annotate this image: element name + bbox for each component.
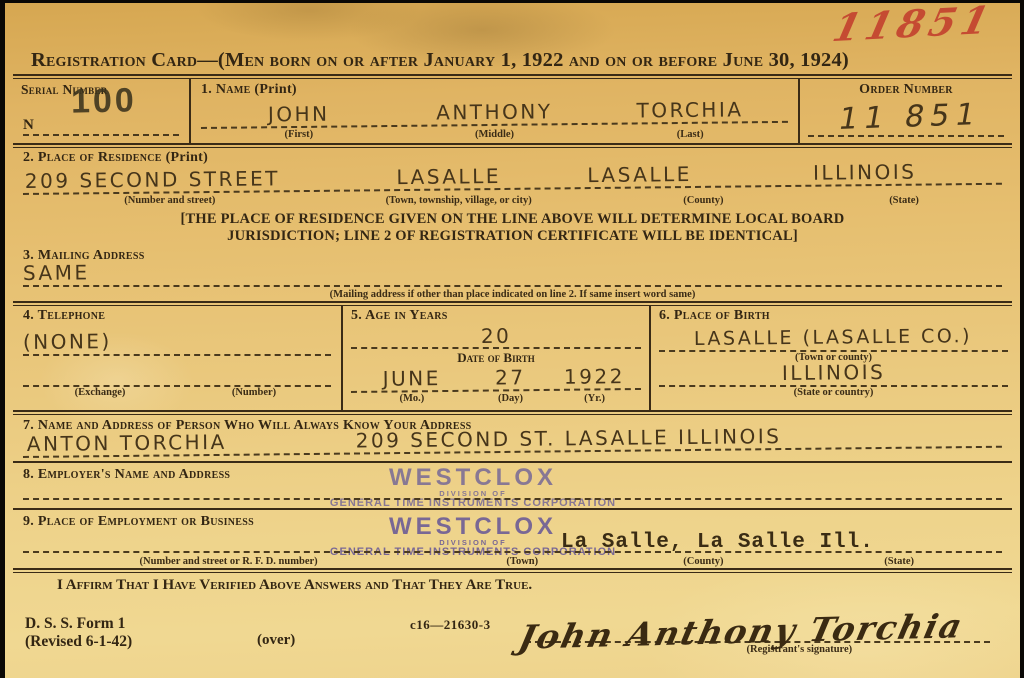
date-of-birth-line: JUNE 27 1922 — [351, 363, 641, 393]
red-handwritten-number: 11851 — [828, 3, 998, 50]
mailing-address-line: SAME — [23, 261, 1002, 287]
telephone-value: (NONE) — [23, 329, 112, 354]
row-serial-name-order: Serial Number 100 N 1. Name (Print) JOHN… — [13, 79, 1012, 143]
birth-town-line: LASALLE (LASALLE CO.) — [659, 324, 1008, 352]
card-title: Registration Card—(Men born on or after … — [31, 49, 996, 72]
signature-line: John Anthony Torchia — [525, 599, 990, 643]
row-place-of-employment: 9. Place of Employment or Business WESTC… — [13, 510, 1012, 568]
mailing-address-sublabel: (Mailing address if other than place ind… — [13, 289, 1012, 300]
dob-year-value: 1922 — [548, 364, 641, 389]
county-sublabel: (County) — [601, 195, 807, 206]
telephone-label: 4. Telephone — [23, 308, 331, 324]
registration-card: 11851 Registration Card—(Men born on or … — [5, 3, 1020, 678]
number-sublabel: (Number) — [177, 387, 331, 398]
residence-sublabels: (Number and street) (Town, township, vil… — [23, 195, 1002, 206]
residence-state-value: ILLINOIS — [728, 159, 1002, 186]
last-sublabel: (Last) — [592, 129, 788, 140]
dob-day-value: 27 — [473, 365, 549, 390]
state-sublabel: (State) — [806, 195, 1002, 206]
employment-sublabels: (Number and street or R. F. D. number) (… — [23, 556, 1002, 567]
place-of-birth-box: 6. Place of Birth LASALLE (LASALLE CO.) … — [651, 306, 1012, 410]
name-value-line: JOHN ANTHONY TORCHIA — [201, 90, 788, 129]
residence-county-value: LASALLE — [551, 162, 727, 188]
birth-state-sublabel: (State or country) — [659, 387, 1008, 398]
middle-sublabel: (Middle) — [397, 129, 593, 140]
serial-number-box: Serial Number 100 N — [13, 79, 191, 143]
order-number-label: Order Number — [800, 79, 1012, 98]
stamp-company-name: WESTCLOX — [303, 465, 643, 490]
row-telephone-age-birth: 4. Telephone (NONE) (Exchange) (Number) … — [13, 306, 1012, 410]
month-sublabel: (Mo.) — [351, 393, 473, 404]
telephone-box: 4. Telephone (NONE) (Exchange) (Number) — [13, 306, 343, 410]
residence-label-suffix: (Print) — [166, 150, 209, 165]
form-revision: (Revised 6-1-42) — [25, 633, 132, 651]
order-number-box: Order Number 11 851 — [800, 79, 1012, 143]
town-sublabel: (Town, township, village, or city) — [317, 195, 601, 206]
westclox-stamp: WESTCLOX DIVISION OF GENERAL TIME INSTRU… — [303, 465, 643, 510]
name-box: 1. Name (Print) JOHN ANTHONY TORCHIA (Fi… — [191, 79, 800, 143]
age-value: 20 — [481, 324, 512, 348]
age-label: 5. Age in Years — [351, 308, 641, 324]
scanned-document: 11851 Registration Card—(Men born on or … — [0, 0, 1024, 678]
residence-label-main: 2. Place of Residence — [23, 150, 162, 165]
employer-line — [23, 498, 1002, 500]
age-box: 5. Age in Years 20 Date of Birth JUNE 27… — [343, 306, 651, 410]
name-sublabels: (First) (Middle) (Last) — [201, 129, 788, 140]
employment-typed-value: La Salle, La Salle Ill. — [561, 531, 874, 554]
age-value-line: 20 — [351, 324, 641, 349]
order-number-line: 11 851 — [808, 103, 1004, 137]
residence-street-value: 209 SECOND STREET — [23, 166, 346, 193]
form-number: D. S. S. Form 1 — [25, 615, 132, 633]
name-last-value: TORCHIA — [592, 97, 788, 123]
signature-block: John Anthony Torchia (Registrant's signa… — [525, 599, 990, 655]
telephone-value-line: (NONE) — [23, 324, 331, 356]
affirmation-statement: I Affirm That I Have Verified Above Answ… — [5, 573, 1020, 599]
row-employer: 8. Employer's Name and Address WESTCLOX … — [13, 463, 1012, 510]
form-identifier: D. S. S. Form 1 (Revised 6-1-42) — [25, 615, 132, 651]
residence-town-value: LASALLE — [346, 163, 552, 189]
order-number-value: 11 851 — [808, 96, 1012, 138]
first-sublabel: (First) — [201, 129, 397, 140]
rfd-sublabel: (Number and street or R. F. D. number) — [23, 556, 434, 567]
birth-state-line: ILLINOIS — [659, 363, 1008, 387]
exchange-sublabel: (Exchange) — [23, 387, 177, 398]
card-footer: D. S. S. Form 1 (Revised 6-1-42) (over) … — [5, 599, 1020, 673]
birth-town-value: LASALLE (LASALLE CO.) — [694, 325, 972, 350]
emp-county-sublabel: (County) — [610, 556, 796, 567]
birth-state-value: ILLINOIS — [782, 360, 886, 385]
dob-month-value: JUNE — [351, 366, 473, 391]
serial-number-line: N — [23, 114, 179, 136]
notice-line-1: [THE PLACE OF RESIDENCE GIVEN ON THE LIN… — [5, 211, 1020, 228]
jurisdiction-notice: [THE PLACE OF RESIDENCE GIVEN ON THE LIN… — [5, 211, 1020, 245]
row-mailing-address: 3. Mailing Address SAME (Mailing address… — [13, 245, 1012, 301]
street-sublabel: (Number and street) — [23, 195, 317, 206]
print-code: c16—21630-3 — [410, 617, 491, 633]
emp-town-sublabel: (Town) — [434, 556, 610, 567]
dob-sublabels: (Mo.) (Day) (Yr.) — [351, 393, 641, 404]
day-sublabel: (Day) — [473, 393, 548, 404]
mailing-address-value: SAME — [23, 260, 90, 285]
name-first-value: JOHN — [201, 101, 397, 127]
emp-state-sublabel: (State) — [796, 556, 1002, 567]
place-of-birth-label: 6. Place of Birth — [659, 308, 1008, 324]
row-place-of-residence: 2. Place of Residence (Print) 209 SECOND… — [13, 148, 1012, 210]
name-middle-value: ANTHONY — [396, 99, 592, 125]
telephone-sublabels: (Exchange) (Number) — [23, 387, 331, 398]
telephone-empty-line — [23, 356, 331, 387]
over-note: (over) — [257, 632, 295, 649]
serial-prefix: N — [23, 117, 34, 134]
contact-name-value: ANTON TORCHIA — [23, 429, 356, 456]
year-sublabel: (Yr.) — [548, 393, 641, 404]
row-contact-person: 7. Name and Address of Person Who Will A… — [13, 415, 1012, 461]
notice-line-2: JURISDICTION; LINE 2 OF REGISTRATION CER… — [5, 228, 1020, 245]
